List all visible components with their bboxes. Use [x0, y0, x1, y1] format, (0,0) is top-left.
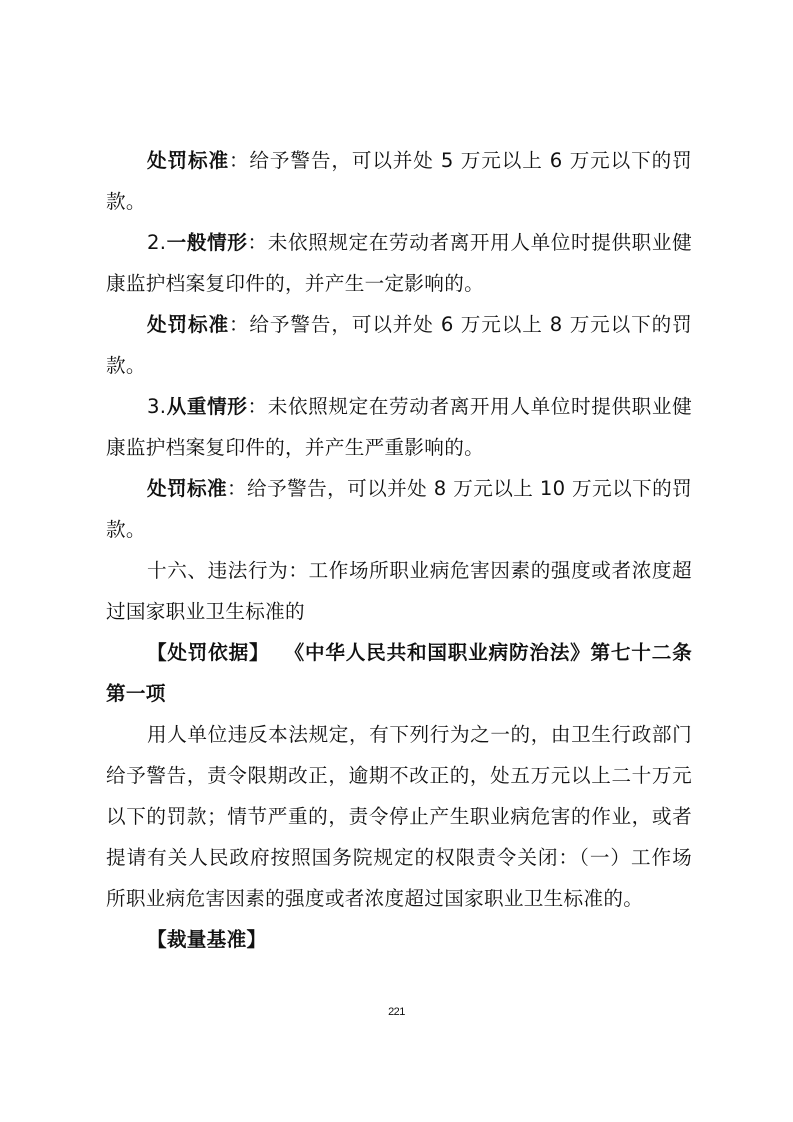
bold-label: 处罚标准 [147, 313, 229, 336]
item-number: 3. [147, 395, 166, 418]
paragraph-law-text: 用人单位违反本法规定，有下列行为之一的，由卫生行政部门给予警告，责令限期改正，逾… [106, 714, 692, 919]
bold-label: 处罚标准 [147, 477, 227, 500]
paragraph-discretion-standard: 【裁量基准】 [106, 919, 692, 960]
paragraph-text: 十六、违法行为：工作场所职业病危害因素的强度或者浓度超过国家职业卫生标准的 [106, 559, 692, 623]
item-number: 2. [147, 231, 166, 254]
paragraph-general-case: 2.一般情形：未依照规定在劳动者离开用人单位时提供职业健康监护档案复印件的，并产… [106, 222, 692, 304]
bold-label: 处罚标准 [147, 149, 229, 172]
bold-label: 从重情形 [166, 395, 247, 418]
document-page: 处罚标准：给予警告，可以并处 5 万元以上 6 万元以下的罚款。 2.一般情形：… [106, 140, 692, 960]
section-heading: 【处罚依据】 《中华人民共和国职业病防治法》第七十二条第一项 [106, 641, 692, 705]
paragraph-violation-heading: 十六、违法行为：工作场所职业病危害因素的强度或者浓度超过国家职业卫生标准的 [106, 550, 692, 632]
paragraph-penalty-basis: 【处罚依据】 《中华人民共和国职业病防治法》第七十二条第一项 [106, 632, 692, 714]
page-number: 221 [0, 1006, 793, 1018]
section-heading: 【裁量基准】 [147, 928, 266, 951]
paragraph-severe-case: 3.从重情形：未依照规定在劳动者离开用人单位时提供职业健康监护档案复印件的，并产… [106, 386, 692, 468]
paragraph-text: 用人单位违反本法规定，有下列行为之一的，由卫生行政部门给予警告，责令限期改正，逾… [106, 723, 692, 910]
paragraph-penalty-standard-3: 处罚标准：给予警告，可以并处 8 万元以上 10 万元以下的罚款。 [106, 468, 692, 550]
paragraph-penalty-standard-2: 处罚标准：给予警告，可以并处 6 万元以上 8 万元以下的罚款。 [106, 304, 692, 386]
bold-label: 一般情形 [166, 231, 247, 254]
paragraph-penalty-standard-1: 处罚标准：给予警告，可以并处 5 万元以上 6 万元以下的罚款。 [106, 140, 692, 222]
